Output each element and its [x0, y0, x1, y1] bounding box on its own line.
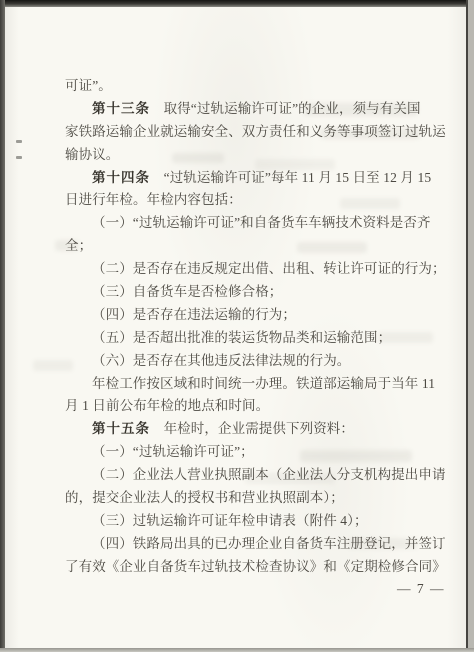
text-run: “过轨运输许可证”每年 11 月 15 日至 12 月 15 [150, 170, 431, 185]
text-run: 年检工作按区域和时间统一办理。铁道部运输局于当年 11 [92, 376, 435, 391]
scan-edge-left [0, 0, 5, 652]
page-number: — 7 — [65, 581, 445, 597]
text-line: 家铁路运输企业就运输安全、双方责任和义务等事项签订过轨运 [65, 121, 447, 144]
article-heading: 第十三条 [92, 101, 150, 116]
text-line: 月 1 日前公布年检的地点和时间。 [65, 395, 447, 418]
text-line: （五）是否超出批准的装运货物品类和运输范围； [65, 327, 447, 350]
scan-edge-bottom [0, 648, 474, 652]
text-line: （四）铁路局出具的已办理企业自备货车注册登记，并签订 [65, 533, 447, 556]
text-line: 第十三条 取得“过轨运输许可证”的企业，须与有关国 [65, 98, 447, 121]
text-run: （一）“过轨运输许可证”和自备货车车辆技术资料是否齐 [92, 215, 431, 230]
text-line: 了有效《企业自备货车过轨技术检查协议》和《定期检修合同》 [65, 556, 447, 579]
text-run: （二）企业法人营业执照副本（企业法人分支机构提出申请 [92, 467, 446, 482]
text-line: （二）企业法人营业执照副本（企业法人分支机构提出申请 [65, 464, 447, 487]
text-run: （四）铁路局出具的已办理企业自备货车注册登记，并签订 [92, 536, 446, 551]
text-line: （二）是否存在违反规定出借、出租、转让许可证的行为； [65, 258, 447, 281]
article-heading: 第十四条 [92, 170, 150, 185]
article-heading: 第十五条 [92, 421, 150, 436]
text-line: 可证”。 [65, 75, 447, 98]
text-line: 日进行年检。年检内容包括： [65, 189, 447, 212]
text-run: （六）是否存在其他违反法律法规的行为。 [92, 353, 350, 368]
text-line: 的，提交企业法人的授权书和营业执照副本）； [65, 487, 447, 510]
text-run: 可证”。 [65, 78, 112, 93]
text-run: （一）“过轨运输许可证”； [92, 444, 254, 459]
text-line: （三）自备货车是否检修合格； [65, 281, 447, 304]
text-line: 第十四条 “过轨运输许可证”每年 11 月 15 日至 12 月 15 [65, 167, 447, 190]
paper-sheet: 可证”。第十三条 取得“过轨运输许可证”的企业，须与有关国家铁路运输企业就运输安… [5, 7, 467, 648]
text-run: 年检时，企业需提供下列资料： [150, 421, 354, 436]
text-line: （一）“过轨运输许可证”和自备货车车辆技术资料是否齐 [65, 212, 447, 235]
text-run: 日进行年检。年检内容包括： [65, 192, 242, 207]
text-line: 输协议。 [65, 144, 447, 167]
text-run: 的，提交企业法人的授权书和营业执照副本）； [65, 490, 344, 505]
text-run: 全； [65, 238, 92, 253]
text-run: 月 1 日前公布年检的地点和时间。 [65, 398, 269, 413]
document-text: 可证”。第十三条 取得“过轨运输许可证”的企业，须与有关国家铁路运输企业就运输安… [65, 75, 447, 579]
scan-artifact [16, 156, 22, 159]
scanned-page: 可证”。第十三条 取得“过轨运输许可证”的企业，须与有关国家铁路运输企业就运输安… [0, 0, 474, 652]
text-run: （二）是否存在违反规定出借、出租、转让许可证的行为； [92, 261, 446, 276]
text-run: 家铁路运输企业就运输安全、双方责任和义务等事项签订过轨运 [65, 124, 446, 139]
scan-edge-right [466, 0, 474, 652]
scan-edge-top [0, 0, 474, 7]
text-run: （三）过轨运输许可证年检申请表（附件 4）； [92, 513, 368, 528]
text-run: 取得“过轨运输许可证”的企业，须与有关国 [150, 101, 421, 116]
text-line: （四）是否存在违法运输的行为； [65, 304, 447, 327]
text-line: 年检工作按区域和时间统一办理。铁道部运输局于当年 11 [65, 373, 447, 396]
text-line: （三）过轨运输许可证年检申请表（附件 4）； [65, 510, 447, 533]
text-line: （六）是否存在其他违反法律法规的行为。 [65, 350, 447, 373]
text-line: 全； [65, 235, 447, 258]
text-run: 了有效《企业自备货车过轨技术检查协议》和《定期检修合同》 [65, 559, 446, 574]
scan-artifact [16, 140, 22, 143]
text-line: 第十五条 年检时，企业需提供下列资料： [65, 418, 447, 441]
text-run: 输协议。 [65, 147, 119, 162]
text-run: （三）自备货车是否检修合格； [92, 284, 282, 299]
text-line: （一）“过轨运输许可证”； [65, 441, 447, 464]
text-run: （五）是否超出批准的装运货物品类和运输范围； [92, 330, 391, 345]
text-run: （四）是否存在违法运输的行为； [92, 307, 296, 322]
